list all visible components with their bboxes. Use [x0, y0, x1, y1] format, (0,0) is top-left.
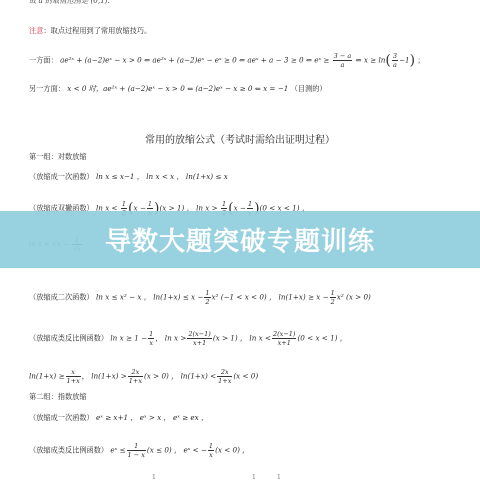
other-side-formula: x < 0 时，ae²ˣ + (a−2)eˣ − x > 0 ⇐ (a−2)eˣ…: [67, 84, 288, 93]
note-line: 注意：取点过程用到了常用放缩技巧。: [29, 26, 151, 36]
other-side-line: 另一方面： x < 0 时，ae²ˣ + (a−2)eˣ − x > 0 ⇐ (…: [29, 84, 327, 94]
fraction: 3 − aa: [333, 52, 353, 69]
cut-off-fragment: 1: [252, 474, 256, 480]
fraction: 3a: [392, 52, 398, 69]
group1-log1p-line: ln(1+x) ≥x1+x， ln(1+x) >2x1+x(x > 0) ， l…: [29, 368, 258, 385]
title-banner: 导数大题突破专题训练: [0, 211, 480, 268]
note-text: ：取点过程用到了常用放缩技巧。: [43, 26, 151, 35]
group1-heading: 第一组：对数放缩: [29, 152, 87, 162]
group1-linear-line: （放缩成一次函数） ln x ≤ x−1 ， ln x < x ， ln(1+x…: [29, 172, 228, 182]
section-title: 常用的放缩公式（考试时需给出证明过程）: [0, 131, 480, 146]
one-side-label: 一方面：: [29, 56, 58, 65]
group2-heading: 第二组：指数放缩: [29, 392, 87, 402]
other-side-suffix: （目测的）: [291, 84, 327, 93]
cut-off-fragment: 1: [277, 474, 281, 480]
other-side-label: 另一方面：: [29, 84, 65, 93]
cut-off-fragment: 1: [152, 474, 156, 480]
banner-title: 导数大题突破专题训练: [105, 221, 375, 258]
group1-reciprocal-line: （放缩成类反比例函数） ln x ≥ 1 −1x， ln x >2(x−1)x+…: [29, 330, 347, 347]
group2-reciprocal-line: （放缩成类反比例函数） eˣ ≤11 − x(x ≤ 0) ， eˣ < −1x…: [29, 442, 249, 459]
note-label: 注意: [29, 26, 43, 35]
group1-quadratic-line: （放缩成二次函数） ln x ≤ x² − x ， ln(1+x) ≤ x −1…: [29, 289, 371, 306]
conclusion-line: 故 a 的取值范围是 (0,1).: [29, 0, 110, 6]
one-side-line: 一方面： ae²ˣ + (a−2)eˣ − x > 0 ⇐ ae²ˣ + (a−…: [29, 52, 425, 69]
group2-linear-line: （放缩成一次函数） eˣ ≥ x+1 ， eˣ > x ， eˣ ≥ ex ，: [29, 413, 208, 423]
one-side-formula: ae²ˣ + (a−2)eˣ − x > 0 ⇐ ae²ˣ + (a−2)eˣ …: [60, 56, 329, 65]
